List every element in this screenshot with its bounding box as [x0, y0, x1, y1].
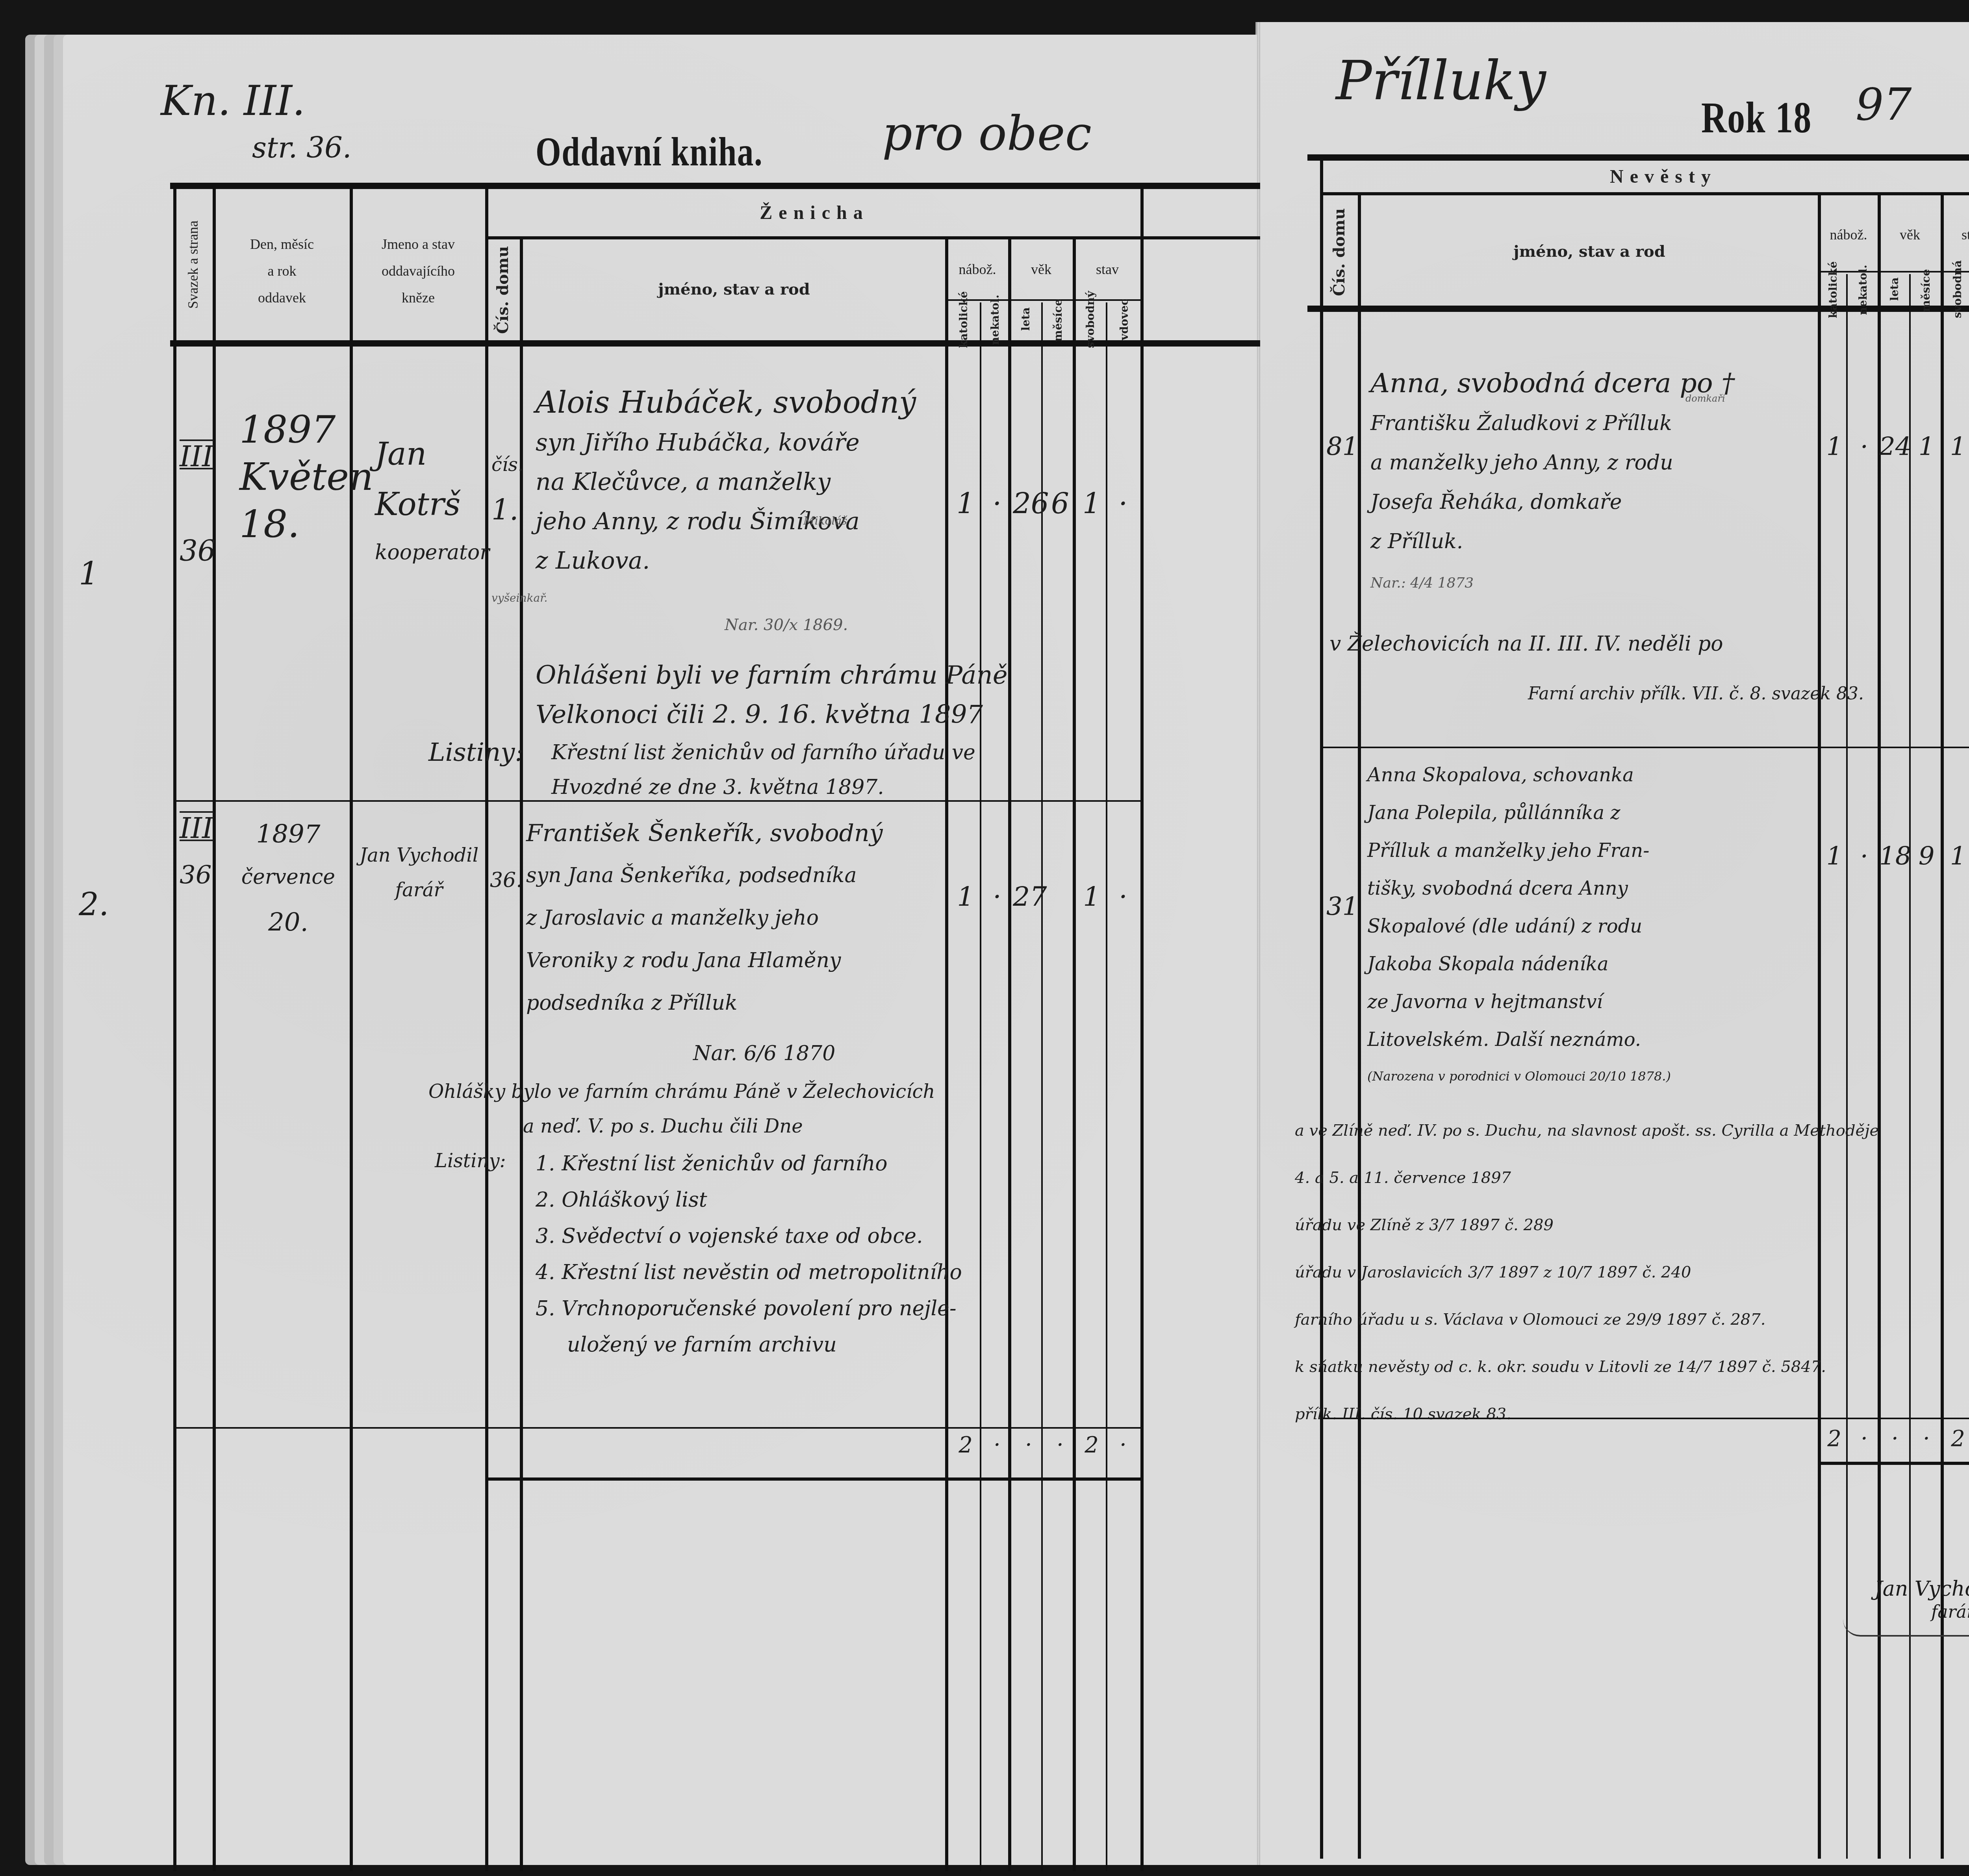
bride-years: 24: [1879, 432, 1911, 462]
total-catholic: 2: [950, 1433, 981, 1459]
bride-totals: 2 · · · 2 ·: [1819, 1427, 1969, 1452]
header-bride-status: stav: [1942, 202, 1969, 268]
bride-noncatholic: ·: [1849, 432, 1879, 462]
bride-catholic: 1: [1819, 841, 1849, 871]
header-bride-age: věk: [1879, 202, 1941, 268]
document-line: 5. Vrchnoporučenské povolení pro nejle-: [536, 1292, 962, 1328]
col-line: [1008, 239, 1011, 1871]
groom-noncatholic: ·: [981, 488, 1013, 521]
entry-2-page: 36: [180, 860, 211, 890]
col-line: [1140, 186, 1144, 1871]
bride-months: 9: [1911, 841, 1942, 871]
bride-line: Josefa Řeháka, domkaře: [1370, 484, 1735, 523]
groom-line: jeho Anny, z rodu Šimíkova: [536, 502, 916, 542]
header-bride-noncatholic: nekatol.: [1848, 274, 1878, 306]
bride-single: 1: [1942, 841, 1969, 871]
left-page: Kn. III. str. 36. Oddavní kniha. pro obe…: [63, 35, 1257, 1865]
entry-1-groom-insert: Mikoláš: [803, 515, 847, 528]
header-groom-status: stav: [1074, 243, 1140, 296]
totals-top-rule: [1320, 1418, 1969, 1419]
entry-2-row-number: 2.: [79, 885, 109, 923]
page-reference: str. 36.: [252, 132, 352, 165]
entry-1-date-year: 1897: [239, 406, 373, 454]
header-date-line: a rok: [214, 263, 350, 280]
bride-line: ze Javorna v hejtmanství: [1367, 983, 1671, 1021]
total-months: ·: [1911, 1427, 1942, 1452]
continuation-line: farního úřadu u s. Václava v Olomouci ze…: [1295, 1298, 1879, 1345]
entry-1-priest-title: kooperator: [375, 529, 489, 580]
entry-2-date-month: července: [227, 857, 350, 901]
right-page: Přílluky Rok 18 97 Nevěsty Svědkův Čís. …: [1260, 22, 1969, 1865]
entry-1-date-month: Květen: [239, 454, 373, 501]
entry-1-page: 36: [180, 536, 216, 569]
groom-catholic: 1: [950, 488, 981, 521]
continuation-line: úřadu v Jaroslavicích 3/7 1897 z 10/7 18…: [1295, 1251, 1879, 1298]
bride-line: Anna, svobodná dcera po †: [1370, 365, 1735, 405]
groom-single: 1: [1076, 488, 1107, 521]
total-noncatholic: ·: [981, 1433, 1013, 1459]
totals-top-rule: [173, 1427, 1140, 1429]
groom-noncatholic: ·: [981, 882, 1013, 914]
header-bride-months: měsíce: [1911, 274, 1941, 306]
entry-1-announcements: Ohlášeni byli ve farním chrámu Páně Velk…: [536, 655, 1008, 734]
total-years: ·: [1879, 1427, 1911, 1452]
year-label: Rok 18: [1701, 95, 1812, 145]
entry-2-bride-stats: 1 · 18 9 1 ·: [1819, 841, 1969, 871]
entry-1-priest-surname: Kotrš: [375, 479, 489, 529]
header-date-line: Den, měsíc: [214, 236, 350, 254]
header-groom-religion: nábož.: [947, 243, 1008, 296]
bride-line: Přílluk a manželky jeho Fran-: [1367, 832, 1671, 869]
entry-1-volume: III: [180, 441, 213, 474]
bride-line: z Přílluk.: [1370, 523, 1735, 562]
document-line: 4. Křestní list nevěstin od metropolitní…: [536, 1255, 962, 1292]
signature-flourish: [1843, 1619, 1969, 1637]
entry-1-bride-stats: 1 · 24 1 1 ·: [1819, 432, 1969, 462]
entry-1-bride-insert: domkaři: [1685, 394, 1725, 405]
group-header-rule: [1320, 192, 1969, 195]
header-groom-widower: vdovec: [1107, 302, 1140, 337]
total-single: 2: [1942, 1427, 1969, 1452]
entry-1-bride-house: 81: [1326, 432, 1358, 462]
entry-1-row-number: 1: [79, 554, 99, 592]
register-title: Oddavní kniha.: [536, 129, 763, 176]
bride-line: Františku Žaludkovi z Přílluk: [1370, 405, 1735, 444]
header-bride-catholic: katolické: [1819, 274, 1846, 306]
entry-1-documents: Křestní list ženichův od farního úřadu v…: [551, 737, 975, 806]
groom-totals: 2 · · · 2 ·: [950, 1433, 1139, 1459]
groom-line: syn Jiřího Hubáčka, kováře: [536, 424, 916, 463]
announcement-line: Velkonoci čili 2. 9. 16. května 1897: [536, 695, 1008, 734]
entry-2-bride-continuation: a ve Zlíně neď. IV. po s. Duchu, na slav…: [1295, 1109, 1879, 1440]
groom-line: na Klečůvce, a manželky: [536, 463, 916, 502]
header-bride-religion: nábož.: [1819, 202, 1878, 268]
entry-2-documents: 1. Křestní list ženichův od farního 2. O…: [536, 1147, 962, 1364]
col-line: [945, 239, 948, 1871]
entry-1-groom-stats: 1 · 26 6 1 ·: [950, 488, 1139, 521]
document-line: Křestní list ženichův od farního úřadu v…: [551, 737, 975, 772]
col-line: [213, 186, 216, 1871]
book-reference: Kn. III.: [161, 79, 305, 126]
entry-2-groom-stats: 1 · 27 1 ·: [950, 882, 1139, 914]
entry-1-date: 1897 Květen 18.: [239, 406, 373, 548]
entry-2-groom-house: 36.: [490, 869, 523, 893]
total-noncatholic: ·: [1849, 1427, 1879, 1452]
house-number: 1.: [491, 488, 524, 536]
entry-2-date: 1897 července 20.: [227, 813, 350, 945]
bride-line: Litovelském. Další neznámo.: [1367, 1021, 1671, 1058]
bride-line: Jakoba Skopala nádeníka: [1367, 945, 1671, 983]
bride-line: tišky, svobodná dcera Anny: [1367, 869, 1671, 907]
entry-2-bride-name: Anna Skopalova, schovanka Jana Polepila,…: [1367, 756, 1671, 1096]
entry-1-bride-announcements: v Želechovicích na II. III. IV. neděli p…: [1329, 633, 1723, 657]
bride-single: 1: [1942, 432, 1969, 462]
announcement-line: Ohlášky bylo ve farním chrámu Páně v Žel…: [428, 1074, 935, 1109]
groom-catholic: 1: [950, 882, 981, 914]
village-name: Přílluky: [1336, 50, 1546, 113]
total-catholic: 2: [1819, 1427, 1849, 1452]
entry-1-bride-name: Anna, svobodná dcera po † Františku Žalu…: [1370, 365, 1735, 562]
entry-1-bride-born: Nar.: 4/4 1873: [1370, 577, 1474, 592]
bride-catholic: 1: [1819, 432, 1849, 462]
priest-signature: Jan Vychodil farář: [1874, 1578, 1969, 1622]
total-single: 2: [1076, 1433, 1107, 1459]
header-bride-house: Čís. domu: [1323, 202, 1358, 302]
entry-1-documents-label: Listiny:: [428, 737, 523, 767]
bride-line: a manželky jeho Anny, z rodu: [1370, 444, 1735, 484]
entry-1-groom-born: Nar. 30/x 1869.: [725, 617, 848, 635]
entry-2-priest-title: farář: [356, 873, 482, 907]
header-bride-name: jméno, stav a rod: [1361, 202, 1818, 302]
total-months: ·: [1044, 1433, 1076, 1459]
header-groom-years: leta: [1010, 302, 1041, 337]
bride-noncatholic: ·: [1849, 841, 1879, 871]
bride-line: (Narozena v porodnici v Olomouci 20/10 1…: [1367, 1058, 1671, 1096]
header-bride-years: leta: [1879, 274, 1909, 306]
municipality-prefix: pro obec: [882, 107, 1092, 162]
col-line: [1041, 302, 1043, 1871]
entry-1-date-day: 18.: [239, 501, 373, 548]
header-groom-catholic: katolické: [947, 302, 980, 337]
header-priest: Jmeno a stav oddavajícího kněze: [351, 236, 485, 307]
groom-line: z Lukova.: [536, 542, 916, 581]
entry-1-priest: Jan Kotrš kooperator: [375, 428, 489, 580]
header-bride-group: Nevěsty: [1323, 161, 1969, 192]
entry-2-announcements: Ohlášky bylo ve farním chrámu Páně v Žel…: [428, 1074, 935, 1144]
entry-separator: [1320, 747, 1969, 748]
header-priest-line: kněze: [351, 290, 485, 307]
entry-2-groom-born: Nar. 6/6 1870: [693, 1043, 835, 1066]
entry-separator: [173, 800, 1140, 802]
document-line: uložený ve farním archivu: [536, 1328, 962, 1364]
bride-line: Jana Polepila, půllánníka z: [1367, 794, 1671, 832]
col-line: [1106, 302, 1107, 1871]
header-date-line: oddavek: [214, 290, 350, 307]
continuation-line: přílk. III. čís. 10 svazek 83.: [1295, 1392, 1879, 1440]
document-line: 3. Svědectví o vojenské taxe od obce.: [536, 1219, 962, 1255]
col-line: [1073, 239, 1076, 1871]
entry-2-documents-label: Listiny:: [435, 1150, 506, 1172]
groom-months: 6: [1044, 488, 1076, 521]
entry-2-volume: III: [180, 813, 213, 846]
table-top-rule: [1307, 154, 1969, 161]
year-handwritten: 97: [1856, 79, 1912, 131]
groom-years: 27: [1013, 882, 1044, 914]
entry-1-groom-margin-note: vyšeinkař.: [491, 592, 547, 605]
total-years: ·: [1013, 1433, 1044, 1459]
table-top-rule: [170, 183, 1260, 189]
groom-line: Veroniky z rodu Jana Hlaměny: [526, 940, 883, 983]
groom-widower: ·: [1107, 882, 1139, 914]
entry-1-archive-note: Farní archiv přílk. VII. č. 8. svazek 83…: [1528, 684, 1864, 704]
totals-bottom-rule: [1818, 1462, 1969, 1465]
bride-line: Skopalové (dle udání) z rodu: [1367, 907, 1671, 945]
groom-single: 1: [1076, 882, 1107, 914]
header-priest-line: oddavajícího: [351, 263, 485, 280]
continuation-line: úřadu ve Zlíně z 3/7 1897 č. 289: [1295, 1203, 1879, 1251]
house-label: čís.: [491, 441, 524, 488]
header-volume-page: Svazek a strana: [176, 192, 211, 337]
register-spread: Kn. III. str. 36. Oddavní kniha. pro obe…: [0, 0, 1969, 1876]
subheader-rule: [945, 299, 1140, 301]
header-bride-single: svobodná: [1942, 274, 1969, 306]
header-groom-house: Čís. domu: [488, 243, 520, 337]
document-line: 2. Ohláškový list: [536, 1183, 962, 1219]
groom-widower: ·: [1107, 488, 1139, 521]
announcement-line: a neď. V. po s. Duchu čili Dne: [428, 1109, 935, 1144]
groom-line: podsedníka z Přílluk: [526, 983, 883, 1025]
continuation-line: a ve Zlíně neď. IV. po s. Duchu, na slav…: [1295, 1109, 1879, 1156]
groom-header-rule: [485, 236, 1260, 239]
header-groom-group: Ženicha: [488, 192, 1140, 233]
entry-1-groom-name: Alois Hubáček, svobodný syn Jiřího Hubáč…: [536, 384, 916, 581]
groom-months: [1044, 882, 1076, 914]
totals-bottom-rule: [485, 1477, 1140, 1481]
announcement-line: Ohlášeni byli ve farním chrámu Páně: [536, 655, 1008, 695]
groom-line: František Šenkeřík, svobodný: [526, 813, 883, 855]
groom-line: Alois Hubáček, svobodný: [536, 384, 916, 424]
groom-years: 26: [1013, 488, 1044, 521]
signature-name: Jan Vychodil: [1874, 1578, 1969, 1602]
col-line: [173, 186, 176, 1871]
groom-line: z Jaroslavic a manželky jeho: [526, 898, 883, 940]
groom-line: syn Jana Šenkeříka, podsedníka: [526, 855, 883, 898]
col-line: [980, 302, 981, 1871]
entry-2-groom-name: František Šenkeřík, svobodný syn Jana Še…: [526, 813, 883, 1025]
entry-1-priest-first: Jan: [375, 428, 489, 479]
entry-2-priest-name: Jan Vychodil: [356, 838, 482, 873]
entry-1-groom-house: čís. 1.: [491, 441, 524, 536]
entry-2-date-year: 1897: [227, 813, 350, 857]
total-widower: ·: [1107, 1433, 1139, 1459]
header-priest-line: Jmeno a stav: [351, 236, 485, 254]
entry-2-priest: Jan Vychodil farář: [356, 838, 482, 907]
header-groom-months: měsíce: [1043, 302, 1073, 337]
bride-line: Anna Skopalova, schovanka: [1367, 756, 1671, 794]
continuation-line: 4. a 5. a 11. července 1897: [1295, 1156, 1879, 1203]
document-line: 1. Křestní list ženichův od farního: [536, 1147, 962, 1183]
col-line: [1320, 158, 1323, 1859]
bride-months: 1: [1911, 432, 1942, 462]
header-groom-age: věk: [1010, 243, 1073, 296]
entry-2-date-day: 20.: [227, 901, 350, 945]
header-groom-noncatholic: nekatol.: [981, 302, 1008, 337]
continuation-line: k sňatku nevěsty od c. k. okr. soudu v L…: [1295, 1345, 1879, 1392]
bride-years: 18: [1879, 841, 1911, 871]
header-date: Den, měsíc a rok oddavek: [214, 236, 350, 307]
entry-2-bride-house: 31: [1326, 892, 1358, 921]
header-groom-single: svobodný: [1074, 302, 1106, 337]
header-groom-name: jméno, stav a rod: [523, 243, 945, 337]
